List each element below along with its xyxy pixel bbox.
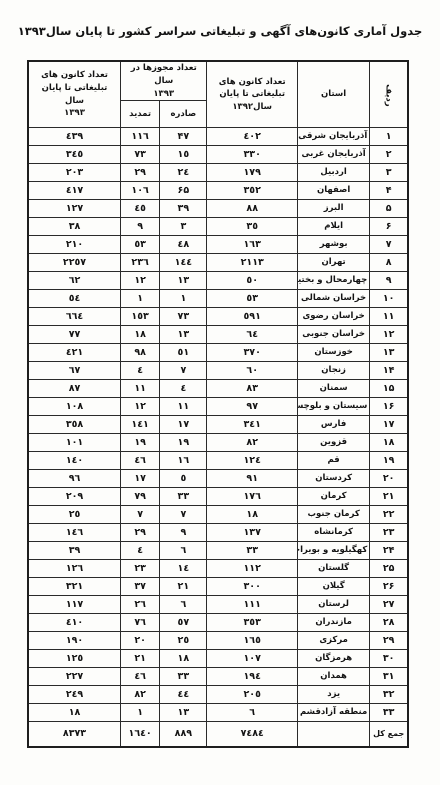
province-name: قزوین <box>297 434 369 452</box>
province-name: اصفهان <box>297 182 369 200</box>
issued-value: ٧ <box>160 362 207 380</box>
table-row: ۱۰خراسان شمالی٥٣١١٥٤ <box>28 290 408 308</box>
until-1393-value: ١١٧ <box>28 596 121 614</box>
table-row: ۳۱همدان١٩٤٣٣٤٦٢٢٧ <box>28 668 408 686</box>
until-1393-value: ٢٠٣ <box>28 164 121 182</box>
renewed-value: ٧٦ <box>121 614 160 632</box>
renewed-value: ٤ <box>121 362 160 380</box>
row-number: ۲۶ <box>370 578 408 596</box>
table-footer: جمع کل ٧٤٨٤ ٨٨٩ ١٦٤٠ ٨٣٧٣ <box>28 722 408 748</box>
renewed-value: ٤ <box>121 542 160 560</box>
issued-value: ٢١ <box>160 578 207 596</box>
table-row: ۱۷فارس٣٤١١٧١٤١٣٥٨ <box>28 416 408 434</box>
renewed-value: ٨٢ <box>121 686 160 704</box>
until-1392-value: ١٦٥ <box>207 632 297 650</box>
table-row: ۲۹مرکزی١٦٥٢٥٢٠١٩٠ <box>28 632 408 650</box>
issued-value: ٣٣ <box>160 668 207 686</box>
header-until-1392: تعداد کانون های تبلیغاتی تا پایان سال۱۳۹… <box>207 61 297 128</box>
table-row: ۱۳خوزستان٣٧٠٥١٩٨٤٢١ <box>28 344 408 362</box>
renewed-value: ٣٧ <box>121 578 160 596</box>
until-1393-value: ٣٢١ <box>28 578 121 596</box>
until-1392-value: ٣٥٢ <box>207 182 297 200</box>
until-1393-value: ٢٢٧ <box>28 668 121 686</box>
table-row: ۲۴کهگیلویه و بویراحمد٣٣٦٤٣٩ <box>28 542 408 560</box>
until-1393-value: ٦٦٤ <box>28 308 121 326</box>
total-until-1393: ٨٣٧٣ <box>28 722 121 748</box>
until-1393-value: ١٩٠ <box>28 632 121 650</box>
until-1392-value: ٣٤١ <box>207 416 297 434</box>
province-name: کرمانشاه <box>297 524 369 542</box>
until-1392-value: ١٢٤ <box>207 452 297 470</box>
page-title: جدول آماری کانون‌های آگهی و تبلیغاتی سرا… <box>0 24 440 38</box>
until-1392-value: ٨٨ <box>207 200 297 218</box>
province-name: البرز <box>297 200 369 218</box>
statistics-table: ردیف استان تعداد کانون های تبلیغاتی تا پ… <box>27 60 409 748</box>
province-name: هرمزگان <box>297 650 369 668</box>
until-1393-value: ٣٤٥ <box>28 146 121 164</box>
table-row: ۱۸قزوین٨٢١٩١٩١٠١ <box>28 434 408 452</box>
issued-value: ١٤٤ <box>160 254 207 272</box>
table-row: ۲آذربایجان غربی٣٣٠١٥٧٣٣٤٥ <box>28 146 408 164</box>
renewed-value: ١ <box>121 290 160 308</box>
until-1393-value: ٦٧ <box>28 362 121 380</box>
province-name: کرمان جنوب <box>297 506 369 524</box>
until-1393-value: ٤١٧ <box>28 182 121 200</box>
table-row: ۴اصفهان٣٥٢۶۵١٠٦٤١٧ <box>28 182 408 200</box>
renewed-value: ١٨ <box>121 326 160 344</box>
row-number: ۳۰ <box>370 650 408 668</box>
until-1393-value: ٢٤٩ <box>28 686 121 704</box>
row-number: ۸ <box>370 254 408 272</box>
renewed-value: ٢٠ <box>121 632 160 650</box>
province-name: گلستان <box>297 560 369 578</box>
table-row: ۱۲خراسان جنوبی٦٤١٣١٨٧٧ <box>28 326 408 344</box>
province-name: آذربایجان غربی <box>297 146 369 164</box>
table-row: ۲۳کرمانشاه١٣٧٩٢٩١٤٦ <box>28 524 408 542</box>
renewed-value: ١٢ <box>121 272 160 290</box>
until-1393-value: ٤٣٩ <box>28 128 121 146</box>
until-1392-value: ٣٠٠ <box>207 578 297 596</box>
until-1392-value: ٣٣ <box>207 542 297 560</box>
issued-value: ٧٣ <box>160 308 207 326</box>
until-1392-value: ٣٣٠ <box>207 146 297 164</box>
row-number: ۱۸ <box>370 434 408 452</box>
issued-value: ٣٣ <box>160 488 207 506</box>
row-number: ۲۱ <box>370 488 408 506</box>
until-1392-value: ٦ <box>207 704 297 722</box>
table-row: ۲۵گلستان١١٢١٤٢٣١٢٦ <box>28 560 408 578</box>
header-province: استان <box>297 61 369 128</box>
province-name: گیلان <box>297 578 369 596</box>
until-1393-value: ١٨ <box>28 704 121 722</box>
row-number: ۲۰ <box>370 470 408 488</box>
row-number: ۲۸ <box>370 614 408 632</box>
province-name: ایلام <box>297 218 369 236</box>
table-row: ۱۱خراسان رضوی٥٩١٧٣١٥٣٦٦٤ <box>28 308 408 326</box>
until-1393-value: ٢١٠ <box>28 236 121 254</box>
issued-value: ١٥ <box>160 146 207 164</box>
province-name: لرستان <box>297 596 369 614</box>
total-province-empty <box>297 722 369 748</box>
renewed-value: ٢٩ <box>121 164 160 182</box>
row-number: ۵ <box>370 200 408 218</box>
renewed-value: ٩٨ <box>121 344 160 362</box>
province-name: چهارمحال و بختیاری <box>297 272 369 290</box>
province-name: کردستان <box>297 470 369 488</box>
row-number: ۳ <box>370 164 408 182</box>
row-number: ۱۶ <box>370 398 408 416</box>
total-label: جمع کل <box>370 722 408 748</box>
renewed-value: ١ <box>121 704 160 722</box>
row-number: ۲۵ <box>370 560 408 578</box>
until-1392-value: ٢١١٣ <box>207 254 297 272</box>
row-number: ۷ <box>370 236 408 254</box>
issued-value: ۶۵ <box>160 182 207 200</box>
issued-value: ١ <box>160 290 207 308</box>
table-row: ۱۶سیستان و بلوچستان٩٧١١١٢١٠٨ <box>28 398 408 416</box>
total-until-1392: ٧٤٨٤ <box>207 722 297 748</box>
until-1392-value: ٤٠٢ <box>207 128 297 146</box>
issued-value: ٤٨ <box>160 236 207 254</box>
row-number: ۳۱ <box>370 668 408 686</box>
province-name: سمنان <box>297 380 369 398</box>
until-1392-value: ٥٩١ <box>207 308 297 326</box>
until-1392-value: ٣٥٣ <box>207 614 297 632</box>
issued-value: ١٣ <box>160 326 207 344</box>
issued-value: ٥١ <box>160 344 207 362</box>
table-row: ۱آذربایجان شرقی٤٠٢۴۷١١٦٤٣٩ <box>28 128 408 146</box>
table-header: ردیف استان تعداد کانون های تبلیغاتی تا پ… <box>28 61 408 128</box>
renewed-value: ٢٣ <box>121 560 160 578</box>
until-1393-value: ٣٨ <box>28 218 121 236</box>
until-1393-value: ٢٠٩ <box>28 488 121 506</box>
until-1393-value: ١٢٥ <box>28 650 121 668</box>
renewed-value: ٢٦ <box>121 596 160 614</box>
until-1393-value: ١٢٧ <box>28 200 121 218</box>
until-1393-value: ٤١٠ <box>28 614 121 632</box>
until-1393-value: ٦٢ <box>28 272 121 290</box>
until-1392-value: ٢٠٥ <box>207 686 297 704</box>
province-name: سیستان و بلوچستان <box>297 398 369 416</box>
province-name: کهگیلویه و بویراحمد <box>297 542 369 560</box>
row-number: ۱۱ <box>370 308 408 326</box>
row-number: ۲۳ <box>370 524 408 542</box>
province-name: تهران <box>297 254 369 272</box>
renewed-value: ٤٦ <box>121 668 160 686</box>
until-1392-value: ٩١ <box>207 470 297 488</box>
until-1392-value: ١٠٧ <box>207 650 297 668</box>
renewed-value: ٩ <box>121 218 160 236</box>
province-name: قم <box>297 452 369 470</box>
until-1392-value: ١٨ <box>207 506 297 524</box>
renewed-value: ٧ <box>121 506 160 524</box>
row-number: ۱۰ <box>370 290 408 308</box>
until-1392-value: ١١١ <box>207 596 297 614</box>
table-row: ۲۶گیلان٣٠٠٢١٣٧٣٢١ <box>28 578 408 596</box>
until-1392-value: ٦٠ <box>207 362 297 380</box>
province-name: منطقه آزادقشم <box>297 704 369 722</box>
header-permits-1393: تعداد مجوزها در سال ۱۳۹۳ <box>121 61 207 101</box>
row-number: ۲۹ <box>370 632 408 650</box>
until-1393-value: ١٠٨ <box>28 398 121 416</box>
table-row: ۲۷لرستان١١١٦٢٦١١٧ <box>28 596 408 614</box>
row-number: ۲۷ <box>370 596 408 614</box>
province-name: زنجان <box>297 362 369 380</box>
until-1393-value: ١٠١ <box>28 434 121 452</box>
renewed-value: ١٢ <box>121 398 160 416</box>
renewed-value: ٤٦ <box>121 452 160 470</box>
renewed-value: ٤٥ <box>121 200 160 218</box>
header-until-1393: تعداد کانون های تبلیغاتی تا پایان سال ۱۳… <box>28 61 121 128</box>
issued-value: ١٦ <box>160 452 207 470</box>
renewed-value: ٢١ <box>121 650 160 668</box>
until-1393-value: ٤٢١ <box>28 344 121 362</box>
until-1392-value: ٣٥ <box>207 218 297 236</box>
province-name: همدان <box>297 668 369 686</box>
table-row: ۱۹قم١٢٤١٦٤٦١٤٠ <box>28 452 408 470</box>
province-name: مازندران <box>297 614 369 632</box>
renewed-value: ١٩ <box>121 434 160 452</box>
until-1393-value: ٣٥٨ <box>28 416 121 434</box>
renewed-value: ٥٣ <box>121 236 160 254</box>
until-1392-value: ١٧٦ <box>207 488 297 506</box>
renewed-value: ٧٣ <box>121 146 160 164</box>
row-number: ۱۹ <box>370 452 408 470</box>
issued-value: ١٨ <box>160 650 207 668</box>
issued-value: ٥ <box>160 470 207 488</box>
province-name: کرمان <box>297 488 369 506</box>
row-number: ۲۲ <box>370 506 408 524</box>
until-1392-value: ٦٤ <box>207 326 297 344</box>
row-number: ۲۴ <box>370 542 408 560</box>
row-number: ۱۲ <box>370 326 408 344</box>
province-name: یزد <box>297 686 369 704</box>
renewed-value: ١٥٣ <box>121 308 160 326</box>
table-body: ۱آذربایجان شرقی٤٠٢۴۷١١٦٤٣٩۲آذربایجان غرب… <box>28 128 408 722</box>
table-row: ۲۰کردستان٩١٥١٧٩٦ <box>28 470 408 488</box>
until-1392-value: ٥٣ <box>207 290 297 308</box>
province-name: بوشهر <box>297 236 369 254</box>
issued-value: ١٣ <box>160 272 207 290</box>
renewed-value: ١١ <box>121 380 160 398</box>
province-name: خوزستان <box>297 344 369 362</box>
until-1392-value: ١٧٩ <box>207 164 297 182</box>
province-name: آذربایجان شرقی <box>297 128 369 146</box>
until-1392-value: ١٣٧ <box>207 524 297 542</box>
table-row: ۶ایلام٣٥٣٩٣٨ <box>28 218 408 236</box>
province-name: اردبیل <box>297 164 369 182</box>
until-1393-value: ٣٩ <box>28 542 121 560</box>
table-row: ۸تهران٢١١٣١٤٤٢٣٦٢٢٥٧ <box>28 254 408 272</box>
issued-value: ٥٧ <box>160 614 207 632</box>
table-row: ۱۵سمنان٨٣٤١١٨٧ <box>28 380 408 398</box>
issued-value: ٩ <box>160 524 207 542</box>
until-1393-value: ٩٦ <box>28 470 121 488</box>
until-1393-value: ٢٥ <box>28 506 121 524</box>
header-row-number: ردیف <box>370 61 408 128</box>
total-row: جمع کل ٧٤٨٤ ٨٨٩ ١٦٤٠ ٨٣٧٣ <box>28 722 408 748</box>
row-number: ۱۷ <box>370 416 408 434</box>
header-issued: صادره <box>160 101 207 128</box>
renewed-value: ١١٦ <box>121 128 160 146</box>
province-name: خراسان شمالی <box>297 290 369 308</box>
province-name: خراسان رضوی <box>297 308 369 326</box>
province-name: فارس <box>297 416 369 434</box>
renewed-value: ١٠٦ <box>121 182 160 200</box>
until-1393-value: ٢٢٥٧ <box>28 254 121 272</box>
row-number: ۱۳ <box>370 344 408 362</box>
table-row: ۳۲یزد٢٠٥٤٤٨٢٢٤٩ <box>28 686 408 704</box>
issued-value: ٤٤ <box>160 686 207 704</box>
issued-value: ٦ <box>160 596 207 614</box>
issued-value: ٦ <box>160 542 207 560</box>
total-renewed: ١٦٤٠ <box>121 722 160 748</box>
row-number: ۱۵ <box>370 380 408 398</box>
issued-value: ١٩ <box>160 434 207 452</box>
table-row: ۱۴زنجان٦٠٧٤٦٧ <box>28 362 408 380</box>
renewed-value: ٢٩ <box>121 524 160 542</box>
until-1393-value: ٧٧ <box>28 326 121 344</box>
until-1393-value: ٨٧ <box>28 380 121 398</box>
issued-value: ٣٩ <box>160 200 207 218</box>
row-number: ۱۴ <box>370 362 408 380</box>
renewed-value: ٧٩ <box>121 488 160 506</box>
issued-value: ٤ <box>160 380 207 398</box>
row-number: ۹ <box>370 272 408 290</box>
until-1392-value: ٨٣ <box>207 380 297 398</box>
issued-value: ٣ <box>160 218 207 236</box>
renewed-value: ٢٣٦ <box>121 254 160 272</box>
until-1392-value: ٥٠ <box>207 272 297 290</box>
issued-value: ١٧ <box>160 416 207 434</box>
renewed-value: ١٧ <box>121 470 160 488</box>
table-row: ۵البرز٨٨٣٩٤٥١٢٧ <box>28 200 408 218</box>
row-number: ۳۳ <box>370 704 408 722</box>
until-1392-value: ١١٢ <box>207 560 297 578</box>
until-1393-value: ٥٤ <box>28 290 121 308</box>
until-1392-value: ٩٧ <box>207 398 297 416</box>
until-1392-value: ٣٧٠ <box>207 344 297 362</box>
row-number: ۲ <box>370 146 408 164</box>
until-1393-value: ١٤٠ <box>28 452 121 470</box>
issued-value: ۴۷ <box>160 128 207 146</box>
table-row: ۲۱کرمان١٧٦٣٣٧٩٢٠٩ <box>28 488 408 506</box>
until-1393-value: ١٢٦ <box>28 560 121 578</box>
issued-value: ١٣ <box>160 704 207 722</box>
province-name: مرکزی <box>297 632 369 650</box>
province-name: خراسان جنوبی <box>297 326 369 344</box>
table-row: ۳۰هرمزگان١٠٧١٨٢١١٢٥ <box>28 650 408 668</box>
table-row: ۹چهارمحال و بختیاری٥٠١٣١٢٦٢ <box>28 272 408 290</box>
issued-value: ٢٤ <box>160 164 207 182</box>
row-number: ۴ <box>370 182 408 200</box>
table-row: ۲۸مازندران٣٥٣٥٧٧٦٤١٠ <box>28 614 408 632</box>
until-1393-value: ١٤٦ <box>28 524 121 542</box>
until-1392-value: ٨٢ <box>207 434 297 452</box>
until-1392-value: ١٦٣ <box>207 236 297 254</box>
issued-value: ٧ <box>160 506 207 524</box>
issued-value: ١٤ <box>160 560 207 578</box>
header-renewed: تمدید <box>121 101 160 128</box>
total-issued: ٨٨٩ <box>160 722 207 748</box>
issued-value: ٢٥ <box>160 632 207 650</box>
table-row: ۷بوشهر١٦٣٤٨٥٣٢١٠ <box>28 236 408 254</box>
row-number: ۱ <box>370 128 408 146</box>
table-row: ۲۲کرمان جنوب١٨٧٧٢٥ <box>28 506 408 524</box>
row-number: ۶ <box>370 218 408 236</box>
row-number: ۳۲ <box>370 686 408 704</box>
until-1392-value: ١٩٤ <box>207 668 297 686</box>
document-page: جدول آماری کانون‌های آگهی و تبلیغاتی سرا… <box>0 0 440 748</box>
table-row: ۳اردبیل١٧٩٢٤٢٩٢٠٣ <box>28 164 408 182</box>
table-row: ۳۳منطقه آزادقشم٦١٣١١٨ <box>28 704 408 722</box>
issued-value: ١١ <box>160 398 207 416</box>
renewed-value: ١٤١ <box>121 416 160 434</box>
